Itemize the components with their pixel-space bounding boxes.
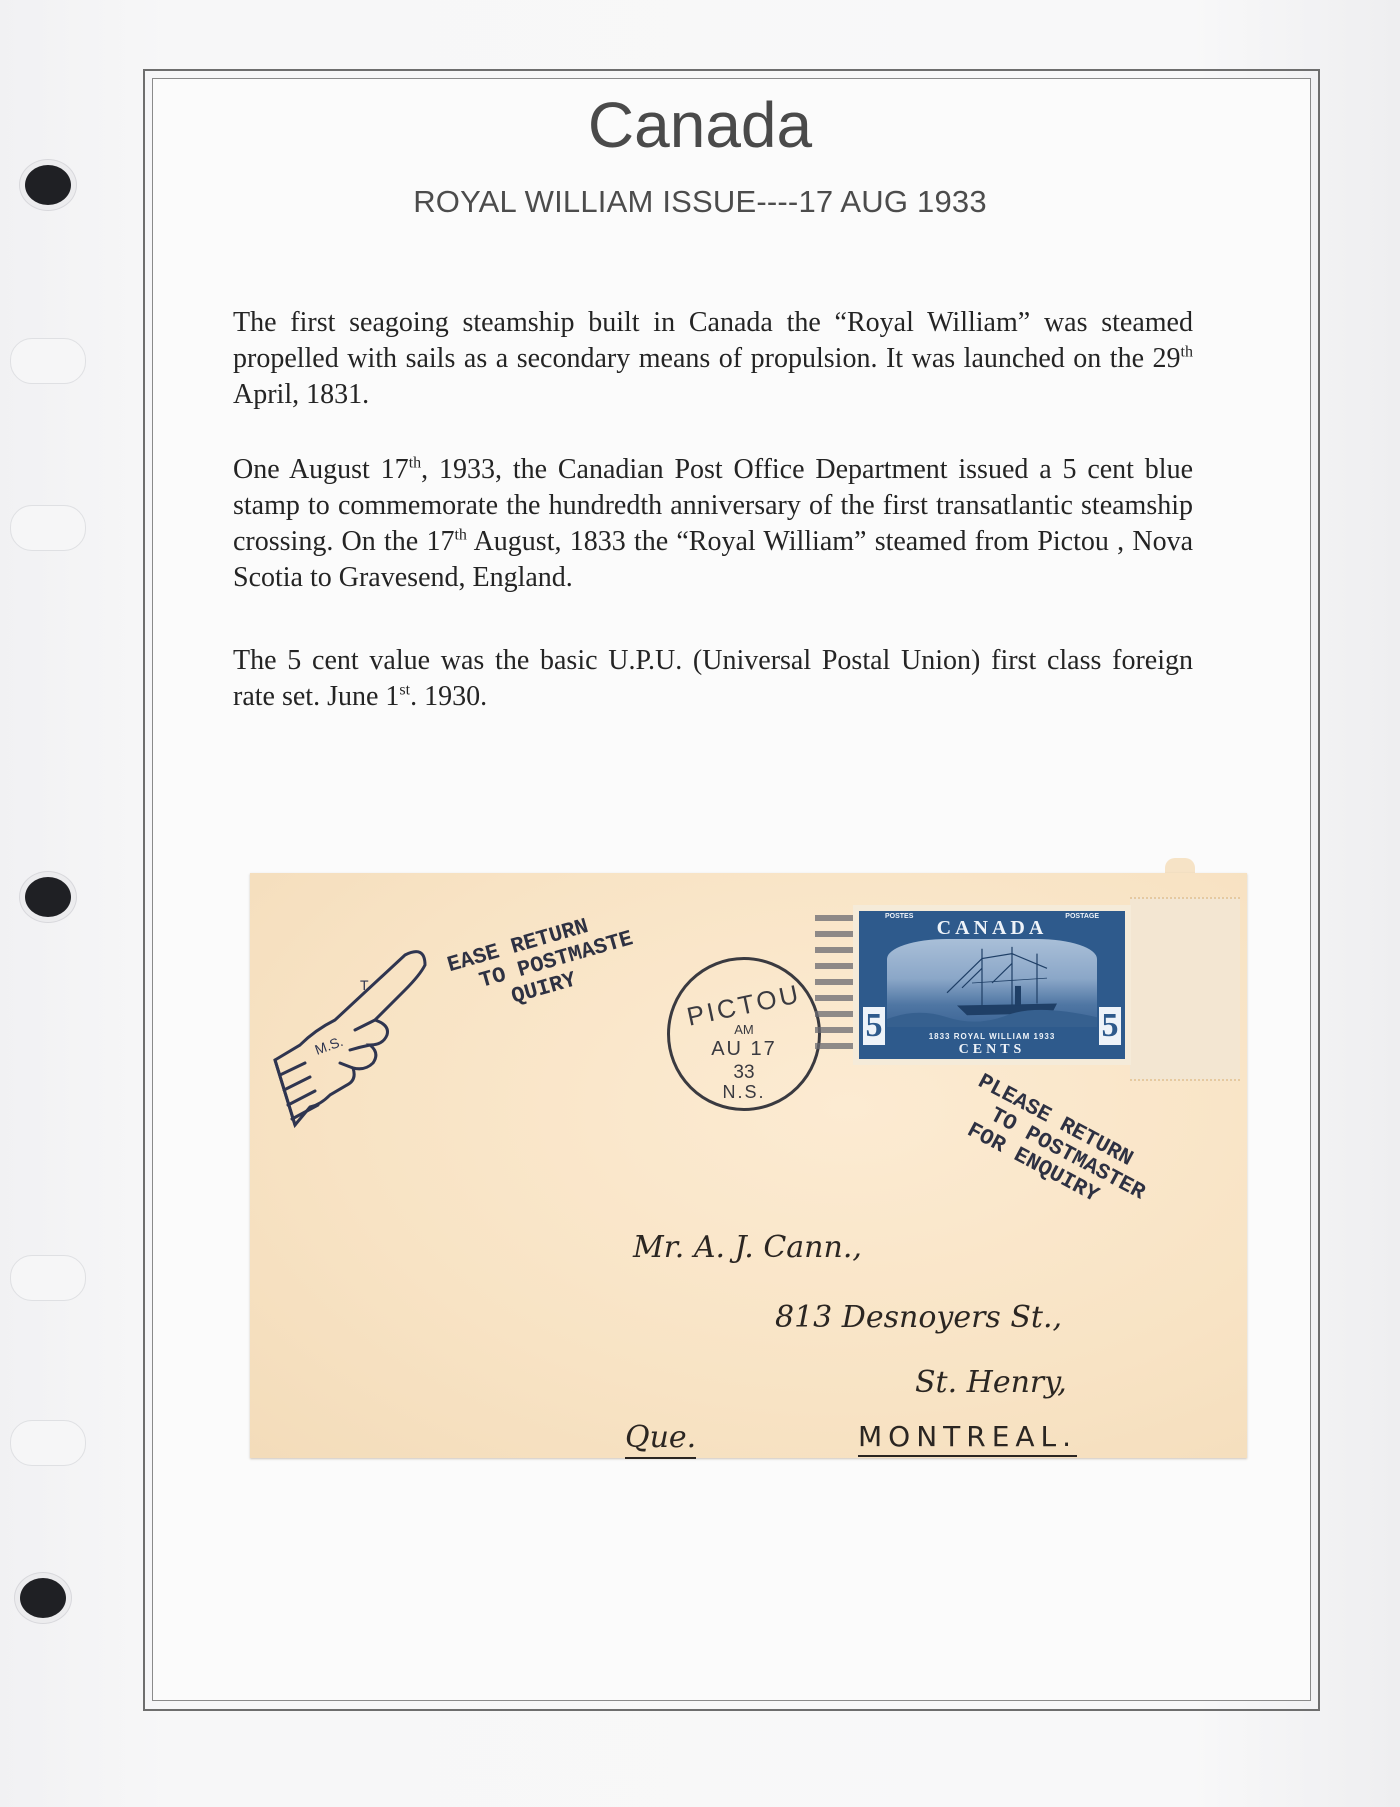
stamp-cents: CENTS: [909, 1042, 1075, 1058]
stamp-banner: 1833 ROYAL WILLIAM 1933: [885, 1032, 1099, 1041]
pointing-hand-icon: M.S. T: [255, 935, 435, 1135]
royal-william-stamp: POSTES POSTAGE CANADA 5 5 1833 ROYAL WIL…: [853, 905, 1131, 1065]
punch-hole-outline: [10, 505, 86, 551]
paragraph-issue: One August 17th, 1933, the Canadian Post…: [233, 452, 1193, 596]
postmark-time: AM: [670, 1022, 818, 1037]
punch-hole-outline: [10, 1420, 86, 1466]
punch-hole-outline: [10, 1255, 86, 1301]
stamp-selvage: [1130, 897, 1240, 1081]
ship-vignette: [887, 939, 1097, 1027]
stamp-value-right: 5: [1099, 1007, 1121, 1045]
postmark-province: N.S.: [670, 1082, 818, 1103]
punch-hole: [20, 1578, 66, 1618]
punch-hole-outline: [10, 338, 86, 384]
stamp-value-left: 5: [863, 1007, 885, 1045]
address-province: Que.: [625, 1420, 696, 1459]
address-street: 813 Desnoyers St.,: [775, 1300, 1062, 1335]
postmark-year: 33: [670, 1062, 818, 1084]
address-name: Mr. A. J. Cann.,: [633, 1230, 862, 1265]
pictou-postmark: PICTOU AM AU 17 33 N.S.: [667, 957, 821, 1111]
paragraph-rate: The 5 cent value was the basic U.P.U. (U…: [233, 643, 1193, 715]
postmark-date: AU 17: [670, 1038, 818, 1061]
duplex-cancel-bars: [815, 915, 853, 1065]
address-municipality: MONTREAL.: [858, 1420, 1077, 1457]
address-city: St. Henry,: [915, 1365, 1067, 1400]
steamship-icon: [887, 939, 1097, 1027]
page-subtitle: ROYAL WILLIAM ISSUE----17 AUG 1933: [0, 184, 1400, 220]
svg-text:M.S.: M.S.: [313, 1033, 346, 1058]
svg-text:T: T: [360, 977, 369, 993]
page-title: Canada: [0, 88, 1400, 162]
paragraph-history: The first seagoing steamship built in Ca…: [233, 305, 1193, 413]
punch-hole: [25, 877, 71, 917]
stamp-country: CANADA: [899, 917, 1085, 940]
